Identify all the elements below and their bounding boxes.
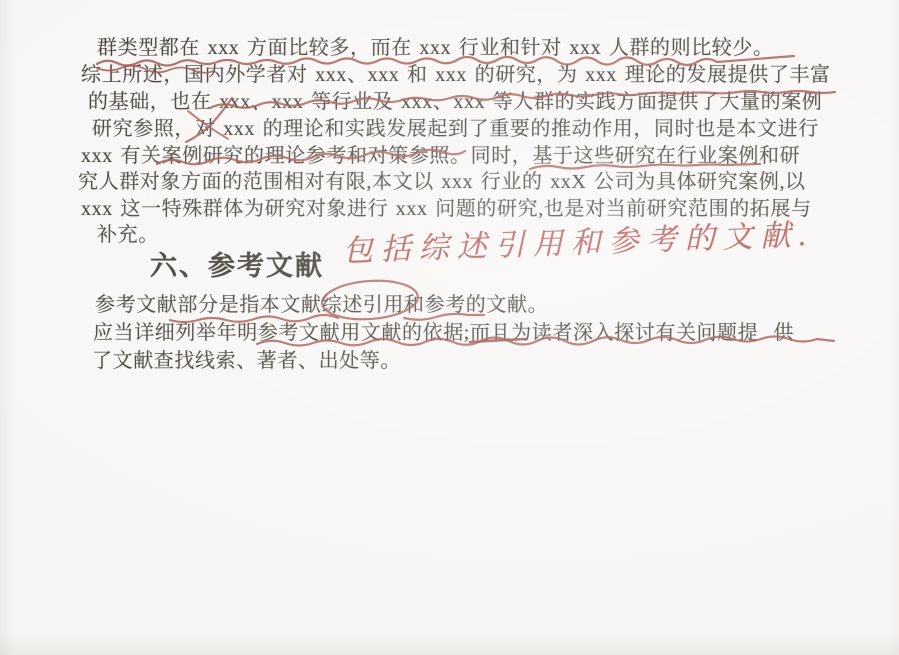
para1-line-4: 研究参照，对 xxx 的理论和实践发展起到了重要的推动作用，同时也是本文进行 (92, 118, 819, 141)
document-page: 群类型都在 xxx 方面比较多，而在 xxx 行业和针对 xxx 人群的则比较少… (0, 0, 899, 655)
para1-line-5: xxx 有关案例研究的理论参考和对策参照。同时，基于这些研究在行业案例和研 (81, 145, 800, 168)
para2-line-1: 参考文献部分是指本文献综述引用和参考的文献。 (95, 294, 548, 317)
para1-line-2: 综上所述，国内外学者对 xxx、xxx 和 xxx 的研究，为 xxx 理论的发… (81, 64, 831, 87)
para1-line-6: 究人群对象方面的范围相对有限,本文以 xxx 行业的 xxX 公司为具体研究案例… (78, 171, 806, 194)
section-heading: 六、参考文献 (150, 244, 324, 283)
para2-line-3: 了文献查找线索、著者、出处等。 (92, 350, 401, 373)
para2-line-2: 应当详细列举年明参考文献用文献的依据;而且为读者深入探讨有关问题提 供 (93, 322, 794, 345)
para1-line-3: 的基础，也在 xxx、xxx 等行业及 xxx、xxx 等人群的实践方面提供了大… (88, 91, 822, 114)
para1-line-1: 群类型都在 xxx 方面比较多，而在 xxx 行业和针对 xxx 人群的则比较少… (97, 37, 774, 60)
